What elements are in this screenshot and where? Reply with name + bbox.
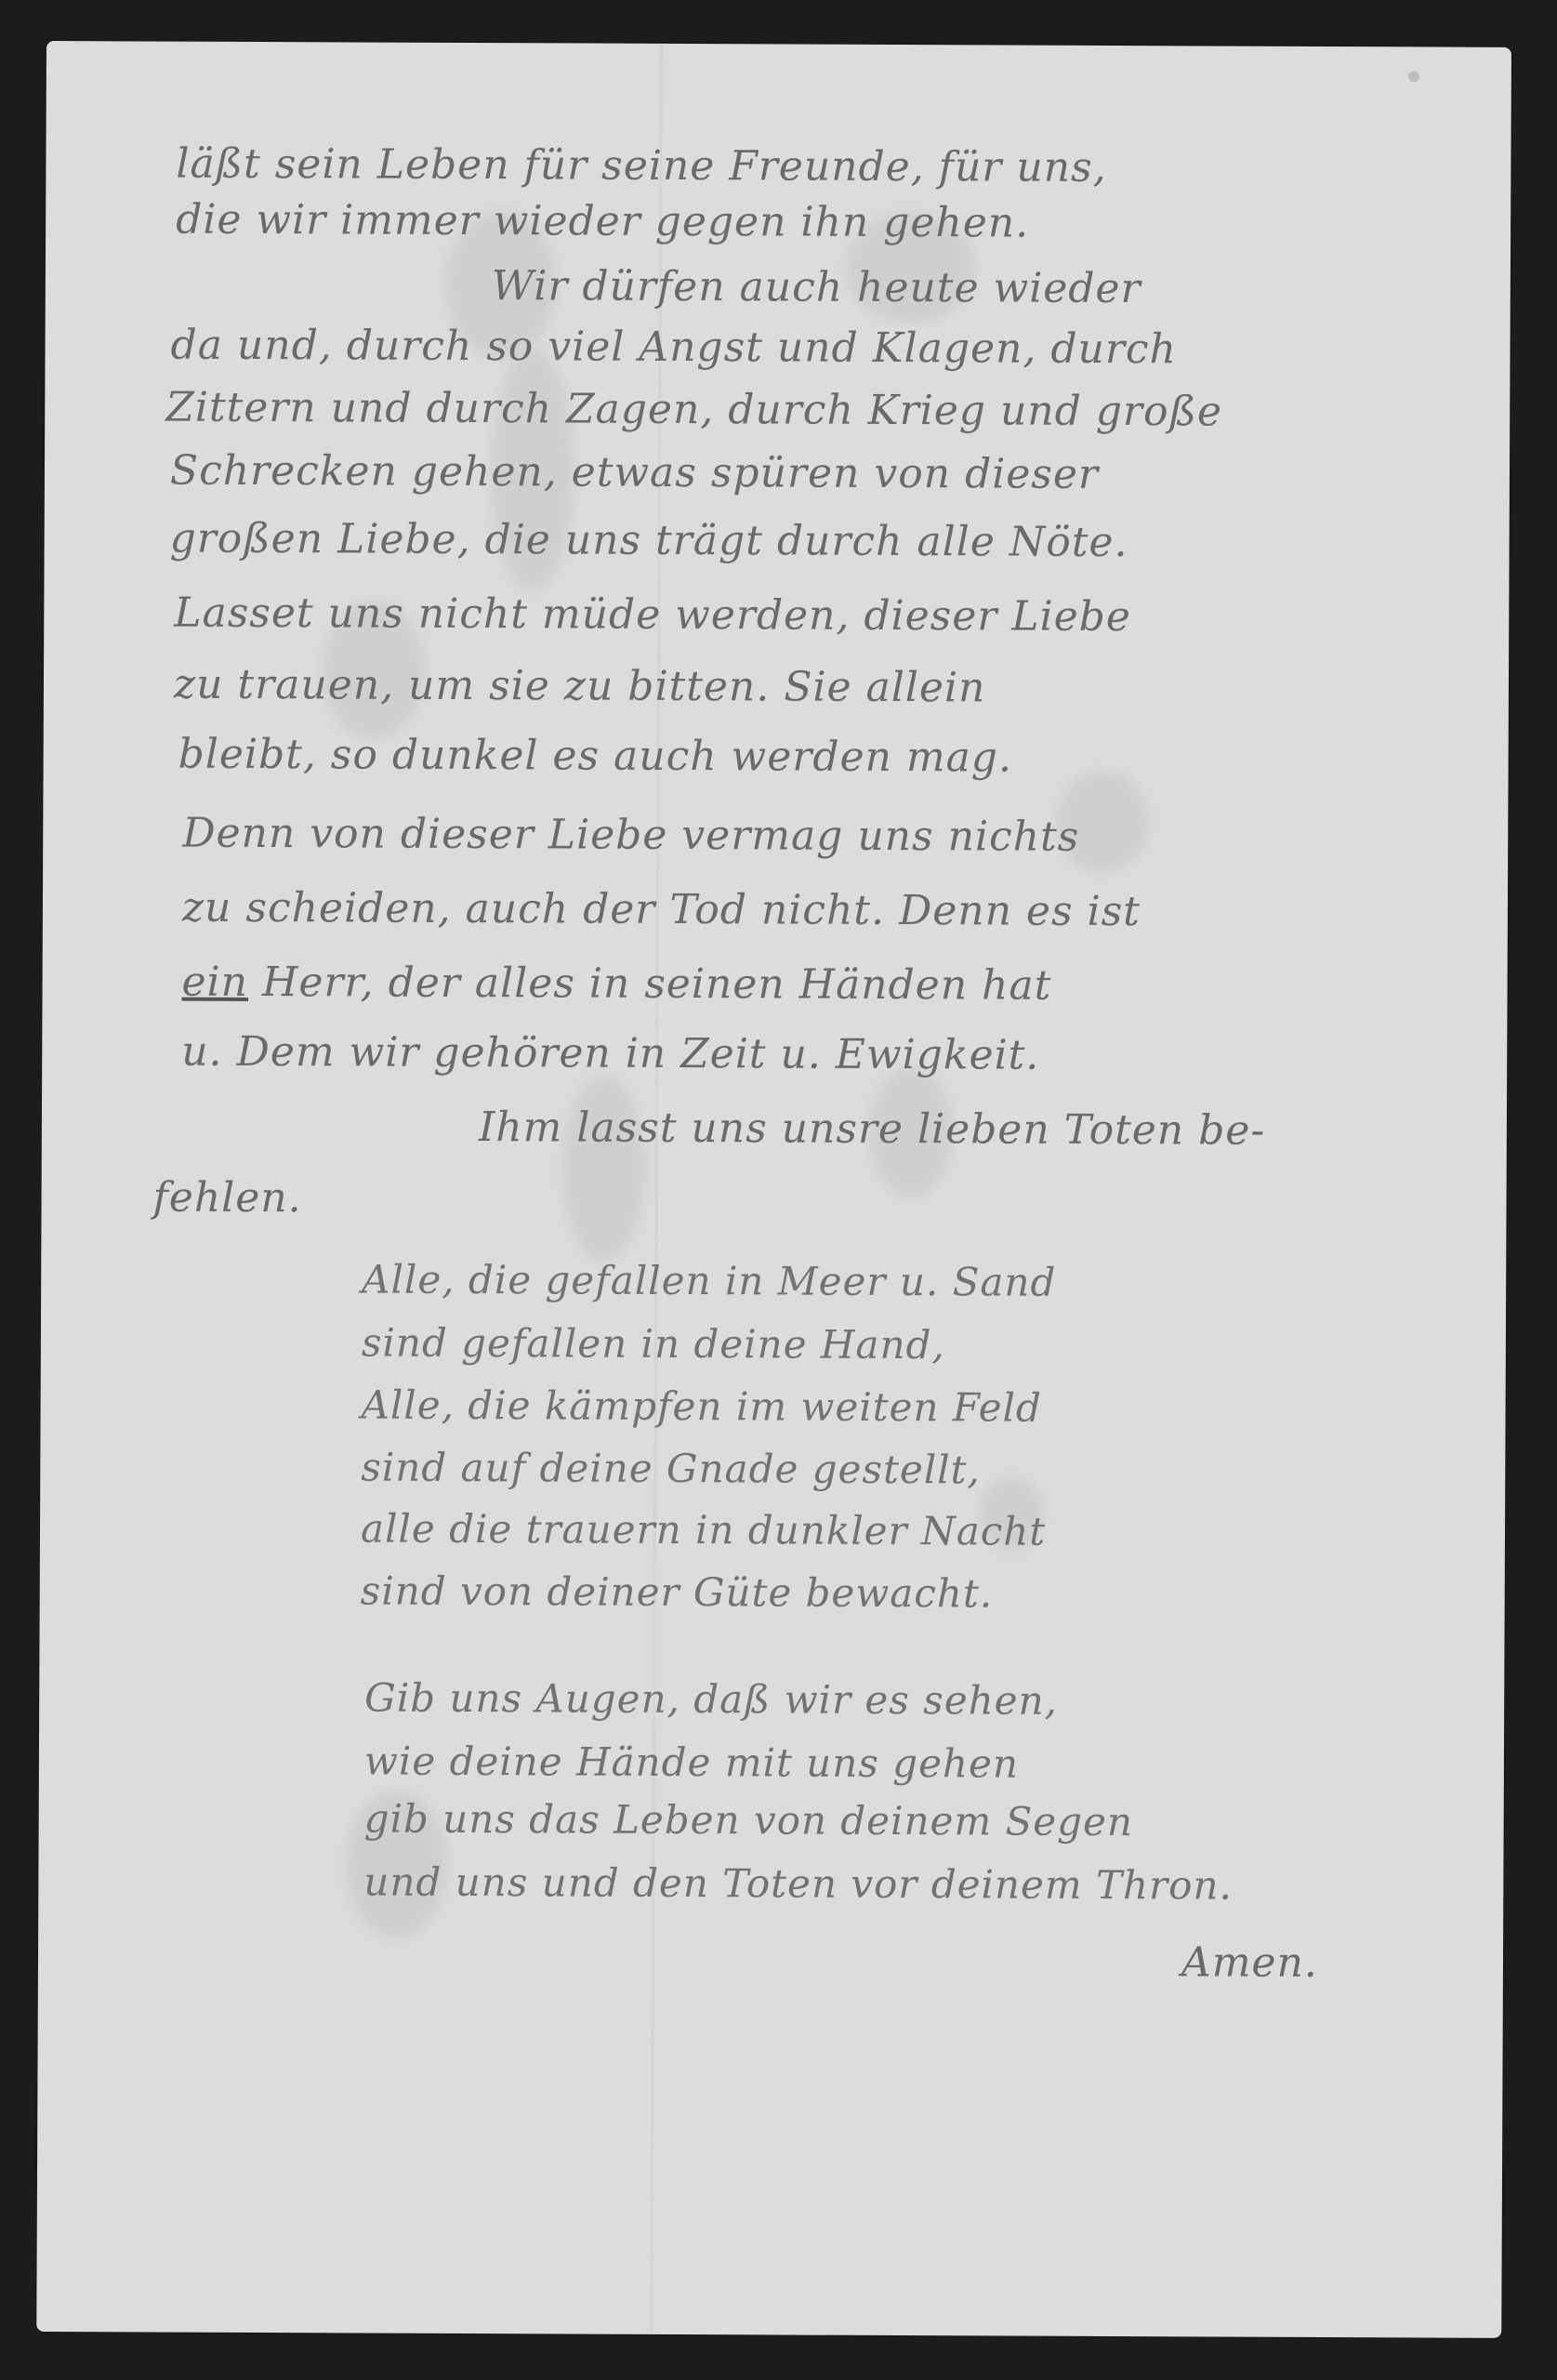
body-line: großen Liebe, die uns trägt durch alle N… — [170, 519, 1128, 563]
body-line: Denn von dieser Liebe vermag uns nichts — [182, 813, 1079, 858]
body-line-rest: Herr, der alles in seinen Händen hat — [262, 959, 1052, 1010]
verse-line: gib uns das Leben von deinem Segen — [364, 1800, 1134, 1843]
verse-line: alle die trauern in dunkler Nacht — [361, 1509, 1046, 1551]
body-line: die wir immer wieder gegen ihn gehen. — [176, 200, 1029, 245]
letter-page: läßt sein Leben für seine Freunde, für u… — [36, 41, 1511, 2338]
verse-line: sind auf deine Gnade gestellt, — [361, 1448, 981, 1489]
body-line: Wir dürfen auch heute wieder — [492, 266, 1141, 310]
body-line: Ihm lasst uns unsre lieben Toten be- — [479, 1107, 1266, 1152]
body-line: zu scheiden, auch der Tod nicht. Denn es… — [182, 888, 1141, 932]
body-line: Schrecken gehen, etwas spüren von dieser — [170, 451, 1099, 496]
underlined-word: ein — [181, 959, 248, 1006]
body-line: fehlen. — [152, 1178, 301, 1220]
body-line: Lasset uns nicht müde werden, dieser Lie… — [174, 593, 1131, 638]
body-line: zu trauen, um sie zu bitten. Sie allein — [174, 665, 986, 709]
body-line: u. Dem wir gehören in Zeit u. Ewigkeit. — [181, 1032, 1039, 1077]
verse-line: Alle, die kämpfen im weiten Feld — [362, 1385, 1042, 1427]
body-line: da und, durch so viel Angst und Klagen, … — [170, 325, 1177, 371]
body-line: Zittern und durch Zagen, durch Krieg und… — [165, 388, 1222, 433]
punch-mark — [1408, 71, 1419, 82]
verse-line: wie deine Hände mit uns gehen — [364, 1742, 1019, 1784]
body-line: läßt sein Leben für seine Freunde, für u… — [176, 144, 1106, 189]
verse-line: und uns und den Toten vor deinem Thron. — [363, 1863, 1233, 1906]
verse-line: Gib uns Augen, daß wir es sehen, — [364, 1679, 1058, 1721]
closing-amen: Amen. — [1181, 1942, 1318, 1984]
verse-line: Alle, die gefallen in Meer u. Sand — [362, 1260, 1056, 1302]
verse-line: sind gefallen in deine Hand, — [362, 1323, 945, 1365]
body-line: ein Herr, der alles in seinen Händen hat — [181, 962, 1051, 1007]
verse-line: sind von deiner Güte bewacht. — [361, 1571, 994, 1613]
water-stain — [561, 1075, 646, 1261]
body-line: bleibt, so dunkel es auch werden mag. — [178, 734, 1013, 779]
